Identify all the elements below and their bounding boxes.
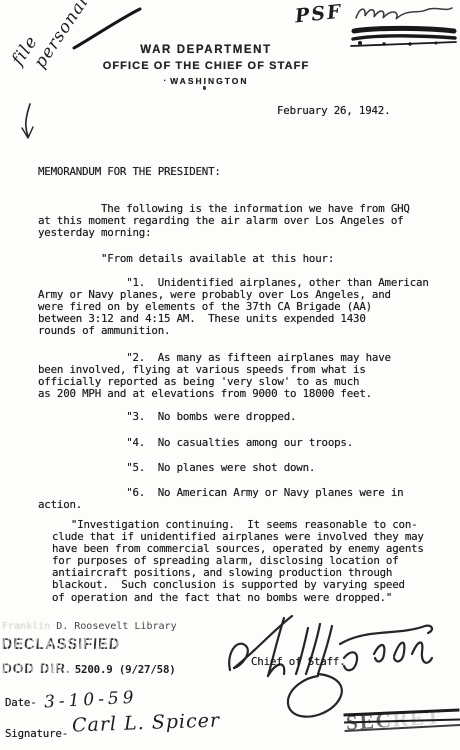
memo-item-4: "4. No casualties among our troops.: [38, 437, 353, 449]
dod-directive-stamp: DOD DIR.5200.9 (9/27/58): [2, 658, 176, 677]
handwritten-psf-note: PSF: [294, 1, 344, 28]
library-stamp-faded-part: Franklin: [2, 621, 50, 632]
handwritten-declass-date: 3-10-59: [44, 688, 138, 713]
memo-item-3: "3. No bombs were dropped.: [38, 411, 296, 423]
memo-heading: MEMORANDUM FOR THE PRESIDENT:: [38, 166, 221, 178]
handwritten-declass-signature: Carl L. Spicer: [72, 709, 221, 736]
declassified-stamp: DECLASSIFIED: [2, 636, 121, 653]
letterhead-department: WAR DEPARTMENT: [0, 44, 412, 56]
memo-paragraph-conclusion: "Investigation continuing. It seems reas…: [52, 519, 424, 604]
letterhead-office: OFFICE OF THE CHIEF OF STAFF: [0, 60, 412, 72]
library-stamp: Franklin D. Roosevelt Library: [2, 621, 177, 632]
declass-date-label: Date-: [5, 697, 37, 709]
memo-paragraph-from: "From details available at this hour:: [38, 253, 334, 265]
dod-dir-number: 5200.9 (9/27/58): [75, 663, 176, 676]
letterhead-city: ·WASHINGTON: [0, 76, 412, 86]
memo-paragraph-opening: The following is the information we have…: [38, 203, 410, 239]
crossed-out-secret-stamp: SECRET: [345, 699, 459, 741]
memo-item-1: "1. Unidentified airplanes, other than A…: [38, 277, 429, 337]
memo-date: February 26, 1942.: [277, 105, 390, 117]
letterhead: WAR DEPARTMENT OFFICE OF THE CHIEF OF ST…: [0, 44, 412, 86]
declass-signature-label: Signature-: [5, 728, 68, 740]
dod-dir-label: DOD DIR.: [2, 661, 71, 677]
memo-item-5: "5. No planes were shot down.: [38, 462, 315, 474]
ink-speck: [203, 86, 206, 90]
bullet-mark: ·: [163, 76, 168, 85]
library-stamp-text: D. Roosevelt Library: [50, 621, 176, 632]
memo-item-2: "2. As many as fifteen airplanes may hav…: [38, 352, 391, 400]
memo-document-page: file personal PSF WAR DEPARTMENT OFFICE …: [0, 0, 460, 750]
memo-item-6: "6. No American Army or Navy planes were…: [38, 487, 403, 511]
